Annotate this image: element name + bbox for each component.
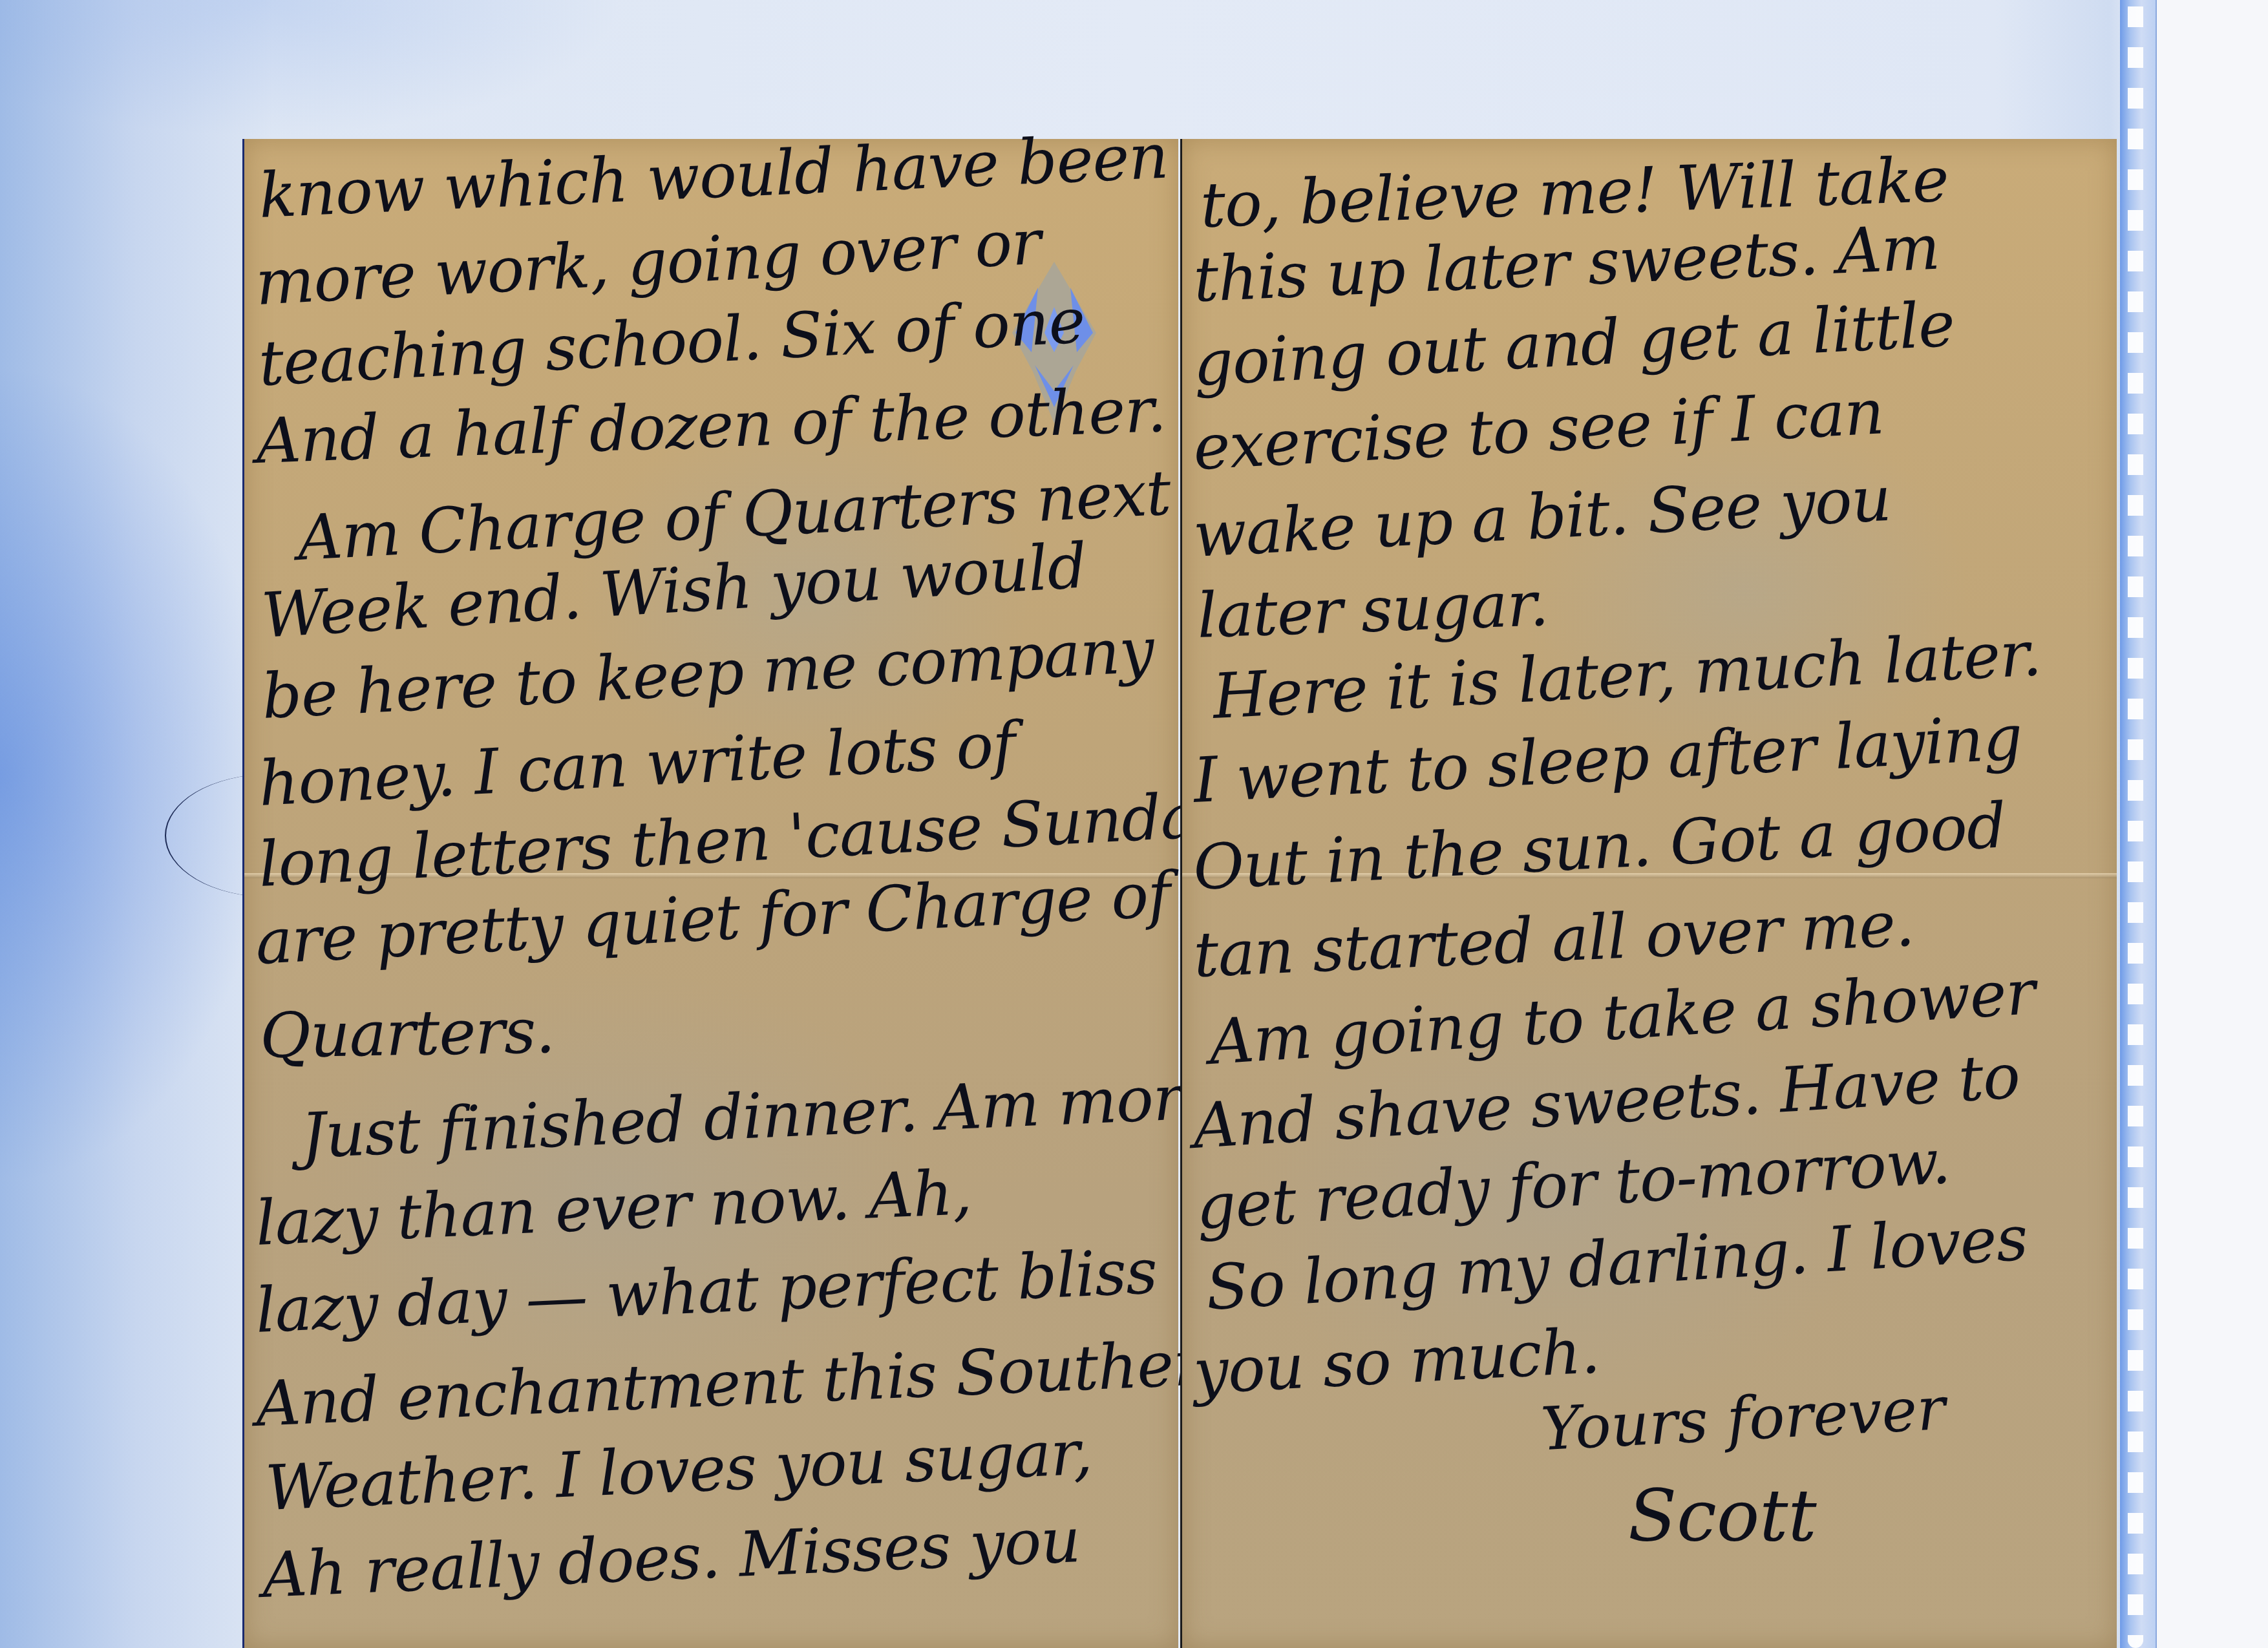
- letter-page-right: to, believe me! Will take this up later …: [1180, 139, 2117, 1648]
- letter-line: lazy than ever now. Ah,: [255, 1161, 973, 1254]
- letter-line: later sugar.: [1196, 573, 1549, 647]
- letter-line: Ah really does. Misses you: [261, 1509, 1081, 1607]
- sleeve-punch-holes: [2128, 0, 2143, 1648]
- letter-line: Quarters.: [259, 1000, 555, 1067]
- letter-page-left: know which would have been more work, go…: [242, 139, 1178, 1648]
- letter-signature: Scott: [1628, 1480, 1817, 1551]
- letter-line: And enchantment this Southern: [255, 1331, 1243, 1435]
- letter-line: Just finished dinner. Am more: [300, 1065, 1220, 1167]
- letter-line: you so much.: [1192, 1320, 1601, 1403]
- letter-line: lazy day — what perfect bliss: [255, 1240, 1158, 1342]
- letter-line: wake up a bit. See you: [1192, 468, 1892, 566]
- letter-line: Weather. I loves you sugar,: [264, 1421, 1093, 1519]
- letter-closing: Yours forever: [1540, 1379, 1947, 1460]
- sleeve-margin: [2157, 0, 2268, 1648]
- letter-line: exercise to see if I can: [1192, 381, 1885, 479]
